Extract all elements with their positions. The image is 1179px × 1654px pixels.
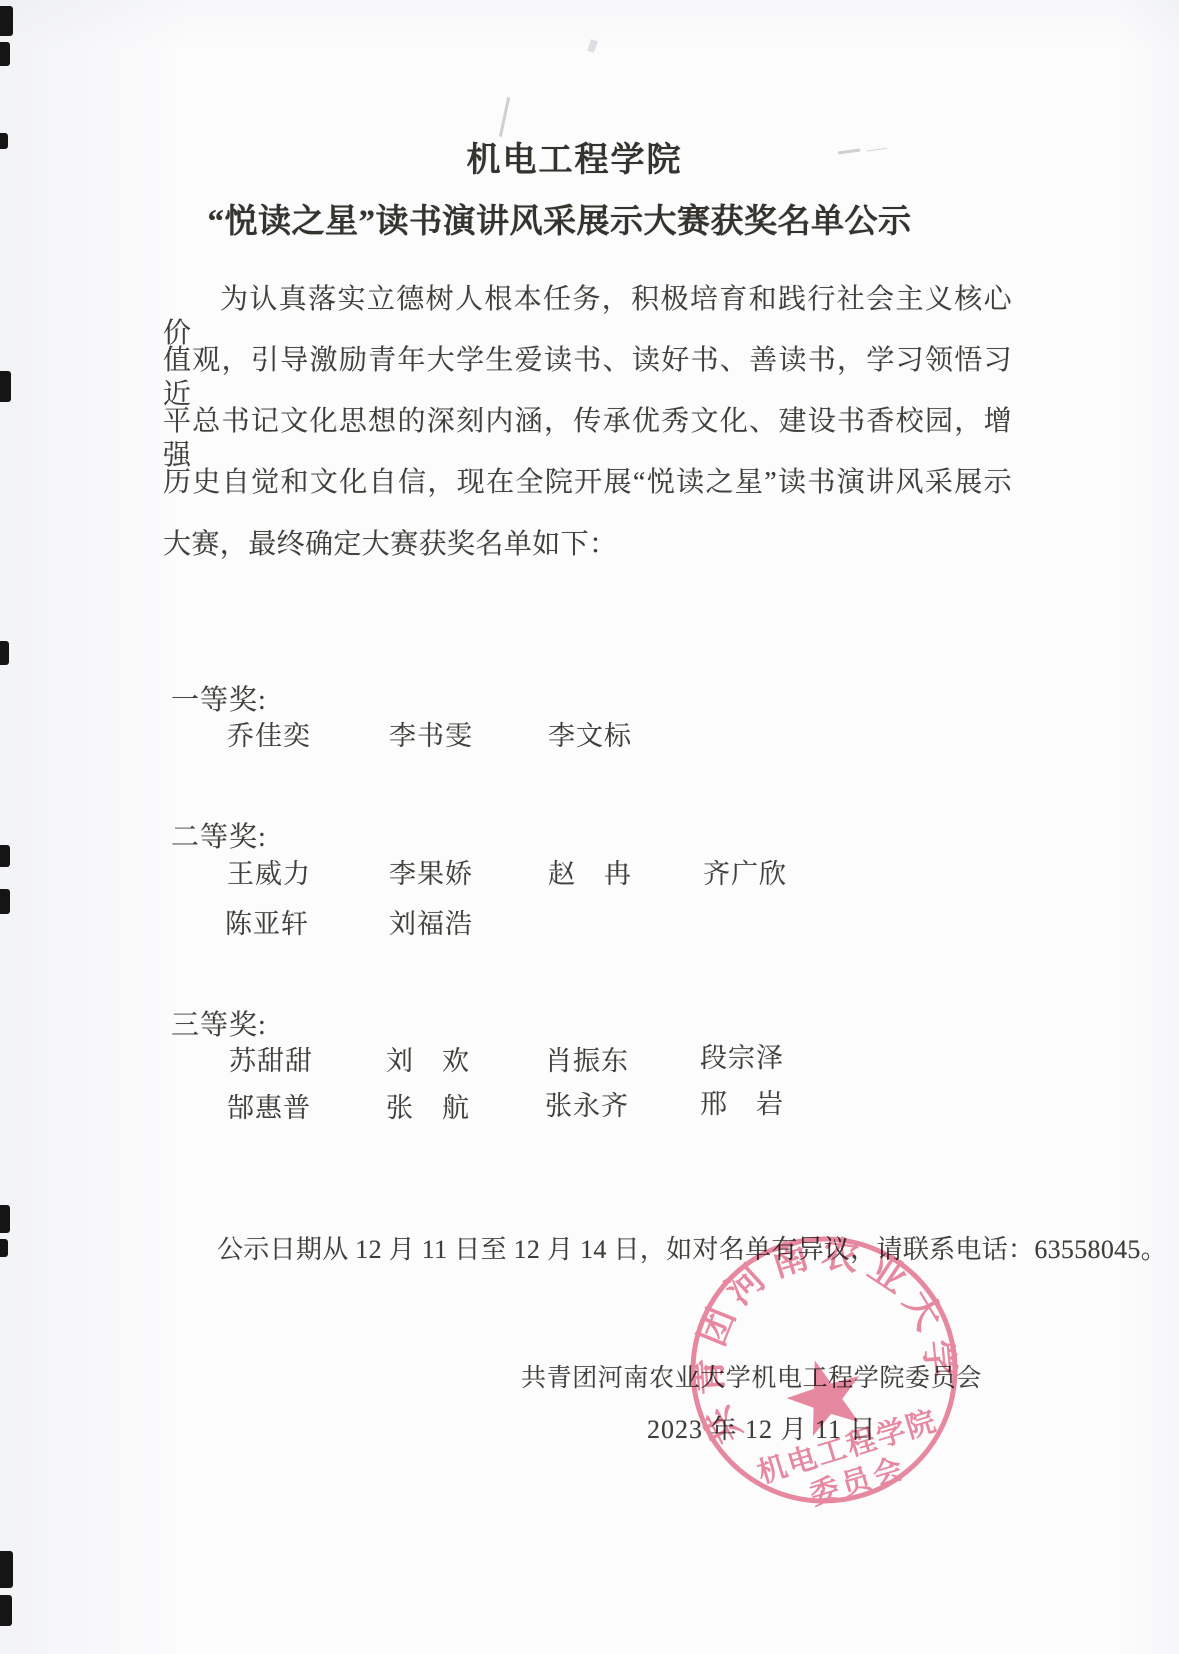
paragraph-line: 历史自觉和文化自信，现在全院开展“悦读之星”读书演讲风采展示 [163, 466, 1012, 500]
scan-artifact [0, 42, 10, 66]
winner-name: 刘福浩 [389, 902, 473, 941]
winner-name: 陈亚轩 [225, 902, 309, 941]
winner-name: 肖振东 [545, 1039, 629, 1078]
document-subtitle: “悦读之星”读书演讲风采展示大赛获奖名单公示 [208, 195, 912, 242]
scan-artifact [0, 1551, 13, 1588]
scan-smudge [838, 148, 860, 154]
winner-name: 李果娇 [389, 852, 473, 891]
winner-name: 王威力 [227, 852, 311, 891]
scan-smudge [499, 97, 510, 137]
award-label-second-prize: 二等奖: [171, 815, 267, 855]
scan-artifact [0, 845, 10, 867]
scan-artifact [0, 133, 8, 149]
winner-name: 郜惠普 [227, 1086, 311, 1125]
paragraph-line: 值观，引导激励青年大学生爱读书、读好书、善读书，学习领悟习近 [163, 344, 1012, 412]
scan-artifact [0, 641, 9, 665]
award-label-third-prize: 三等奖: [171, 1003, 267, 1043]
scan-artifact [0, 1205, 10, 1233]
scan-artifact [0, 889, 10, 914]
paragraph-line: 为认真落实立德树人根本任务，积极培育和践行社会主义核心价 [163, 283, 1012, 351]
winner-name: 张永齐 [545, 1084, 629, 1123]
document-title: 机电工程学院 [467, 132, 683, 181]
winner-name: 乔佳奕 [227, 714, 311, 753]
scan-artifact [0, 1595, 12, 1626]
scan-artifact [0, 371, 11, 402]
winner-name: 段宗泽 [700, 1036, 784, 1075]
award-label-first-prize: 一等奖: [171, 678, 267, 718]
winner-name: 李文标 [548, 714, 632, 753]
winner-name: 张 航 [386, 1086, 470, 1125]
paragraph-line: 大赛，最终确定大赛获奖名单如下： [163, 528, 1012, 562]
paragraph-line: 平总书记文化思想的深刻内涵，传承优秀文化、建设书香校园，增强 [163, 405, 1012, 473]
winner-name: 齐广欣 [703, 852, 787, 891]
scan-smudge [587, 39, 598, 53]
scanned-document-page: 机电工程学院 “悦读之星”读书演讲风采展示大赛获奖名单公示 为认真落实立德树人根… [0, 0, 1179, 1654]
winner-name: 刘 欢 [386, 1039, 470, 1078]
scan-artifact [0, 1239, 8, 1257]
winner-name: 赵 冉 [548, 852, 632, 891]
winner-name: 邢 岩 [700, 1082, 784, 1121]
winner-name: 李书雯 [389, 714, 473, 753]
winner-name: 苏甜甜 [229, 1039, 313, 1078]
scan-artifact [0, 6, 13, 36]
